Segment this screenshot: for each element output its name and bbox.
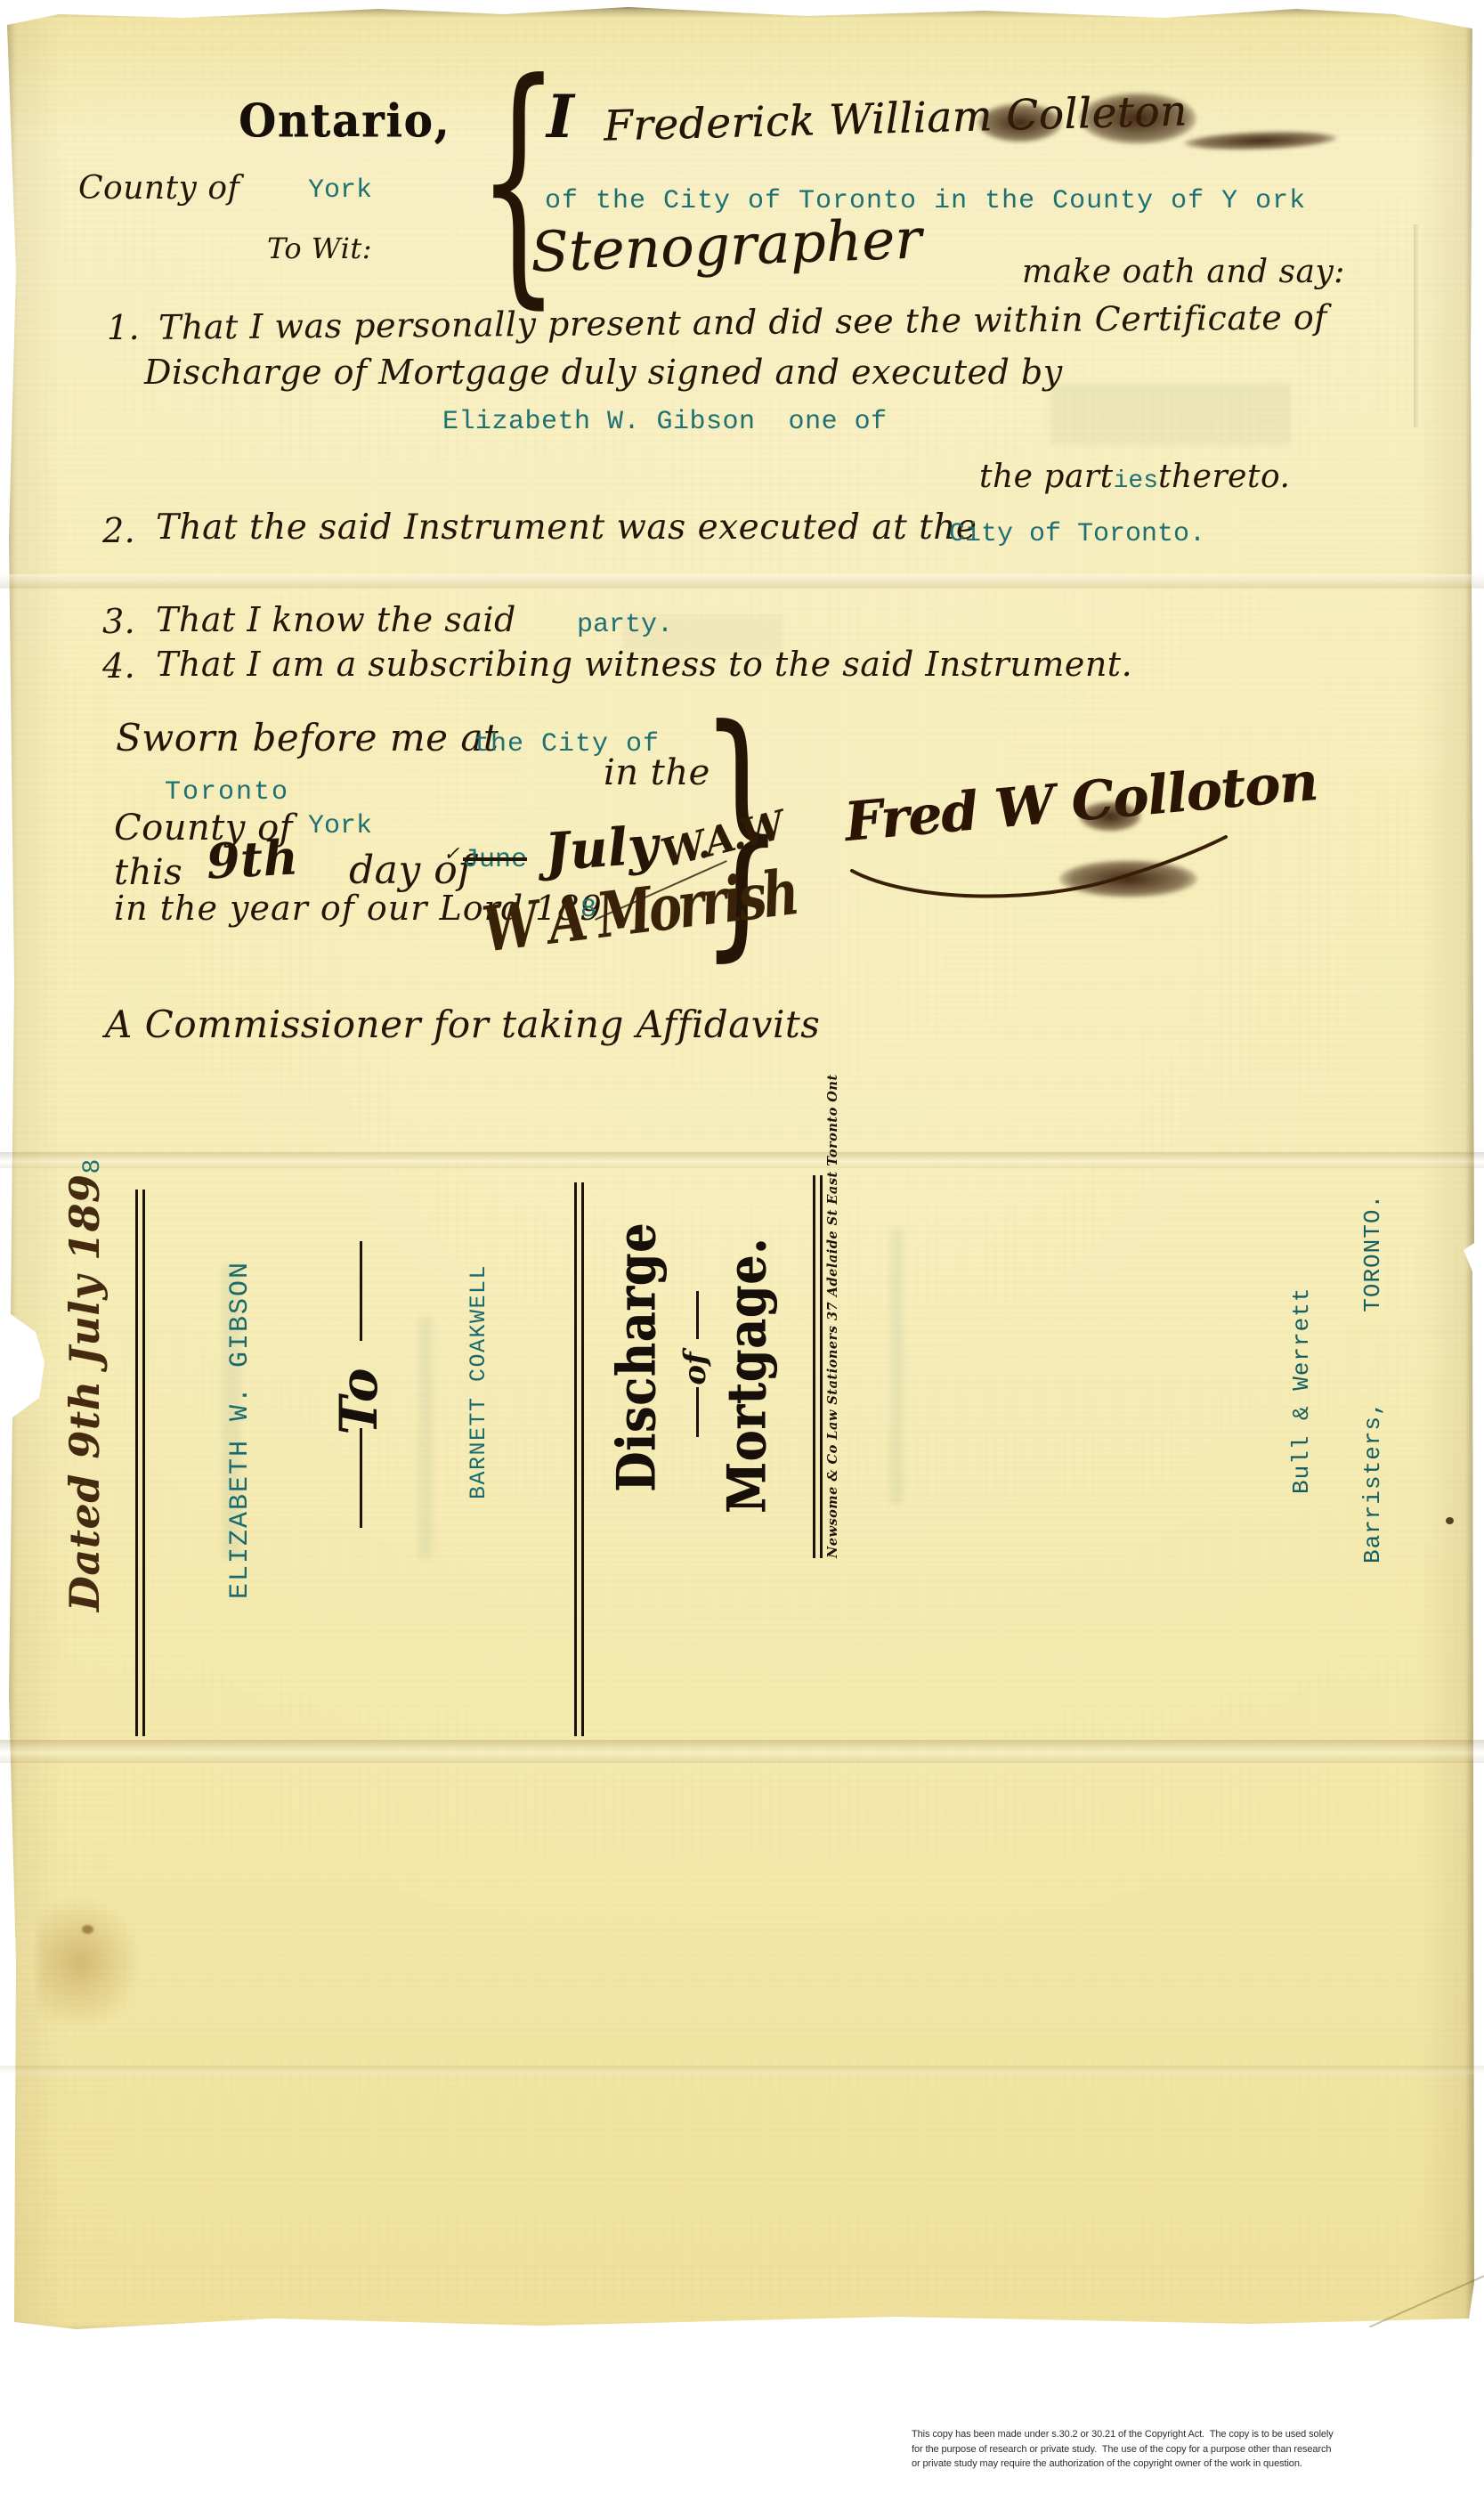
parties-script-b: thereto. — [1158, 459, 1290, 495]
parties-typed: ies — [1114, 467, 1158, 495]
clause-3-line: That I know the said — [156, 602, 516, 639]
firm-line2-typed: Barristers, TORONTO. — [1360, 1190, 1386, 1563]
firm-name-typed: Bull & Werrett — [1289, 1270, 1315, 1494]
docket-party-one: ELIZABETH W. GIBSON — [226, 1250, 255, 1599]
title-of-dash — [696, 1291, 699, 1339]
ink-blot — [977, 103, 1062, 142]
stain-speck — [1446, 1517, 1454, 1524]
clause-2-line: That the said Instrument was executed at… — [156, 509, 977, 548]
copyright-line: This copy has been made under s.30.2 or … — [912, 2427, 1334, 2442]
clause-4-line: That I am a subscribing witness to the s… — [156, 646, 1132, 684]
docket-dated-line: Dated 9th July 1898 — [62, 1184, 142, 1612]
clause-number: 3. — [102, 604, 135, 641]
to-ornament-rule — [360, 1241, 362, 1341]
clause-number: 2. — [102, 513, 135, 550]
ink-blot — [1079, 93, 1196, 144]
clause-number: 4. — [102, 648, 135, 686]
dated-script: Dated 9th July 189 — [61, 1173, 109, 1612]
clause-1-line-2: Discharge of Mortgage duly signed and ex… — [144, 354, 1063, 392]
clause-3-typed: party. — [577, 611, 673, 640]
jurat-county-typed: York — [308, 812, 372, 841]
docket-rule — [813, 1175, 823, 1558]
clause-2-typed: City of Toronto. — [949, 520, 1205, 549]
docket-rule — [574, 1182, 584, 1736]
copyright-line: or private study may require the authori… — [912, 2456, 1334, 2472]
to-ornament: To — [333, 1348, 385, 1455]
city-typed: Toronto — [165, 778, 289, 808]
dated-typed-digit: 8 — [79, 1159, 107, 1174]
copyright-notice: This copy has been made under s.30.2 or … — [912, 2427, 1334, 2472]
title-of-dash — [696, 1387, 699, 1437]
this-script: this — [114, 853, 182, 892]
stationer-credit: Newsome & Co Law Stationers 37 Adelaide … — [826, 1184, 840, 1558]
county-value-typed: York — [308, 176, 372, 206]
oath-script: make oath and say: — [1022, 255, 1345, 290]
occupation-script: Stenographer — [530, 208, 923, 282]
commissioner-title-script: A Commissioner for taking Affidavits — [105, 1004, 820, 1045]
county-label: County of — [78, 171, 239, 207]
sworn-script: Sworn before me at — [116, 718, 499, 759]
edge-crease-vertical — [1414, 224, 1421, 427]
docket-title-discharge: Discharge — [611, 1243, 664, 1492]
province-title: Ontario, — [239, 98, 450, 144]
stain-speck — [82, 1925, 93, 1934]
deponent-initial: I — [547, 87, 574, 146]
day-script: 9th — [206, 831, 300, 889]
docket-party-two: BARNETT COAKWELL — [466, 1263, 491, 1499]
month-struck-typed: June — [463, 846, 527, 875]
docket-title-of: of — [680, 1337, 710, 1400]
in-the-script: in the — [604, 753, 710, 792]
scanned-affidavit-page: Ontario, County of York To Wit: { I Fred… — [0, 0, 1484, 2493]
docket-rule — [135, 1190, 145, 1736]
to-ornament-rule — [360, 1428, 362, 1528]
parties-line: the partiesthereto. — [979, 459, 1290, 496]
signer-typed-line: Elizabeth W. Gibson one of — [442, 408, 888, 437]
month-script: July — [543, 817, 660, 882]
parties-script-a: the part — [979, 459, 1114, 495]
clause-number: 1. — [107, 310, 140, 347]
ink-blot — [1059, 860, 1197, 897]
ink-blot — [1079, 801, 1141, 832]
docket-title-mortgage: Mortgage. — [721, 1254, 774, 1514]
to-wit-label: To Wit: — [267, 233, 372, 264]
copyright-line: for the purpose of research or private s… — [912, 2442, 1334, 2457]
residence-typed: of the City of Toronto in the County of … — [545, 187, 1306, 216]
check-mark: ✓ — [443, 844, 460, 865]
